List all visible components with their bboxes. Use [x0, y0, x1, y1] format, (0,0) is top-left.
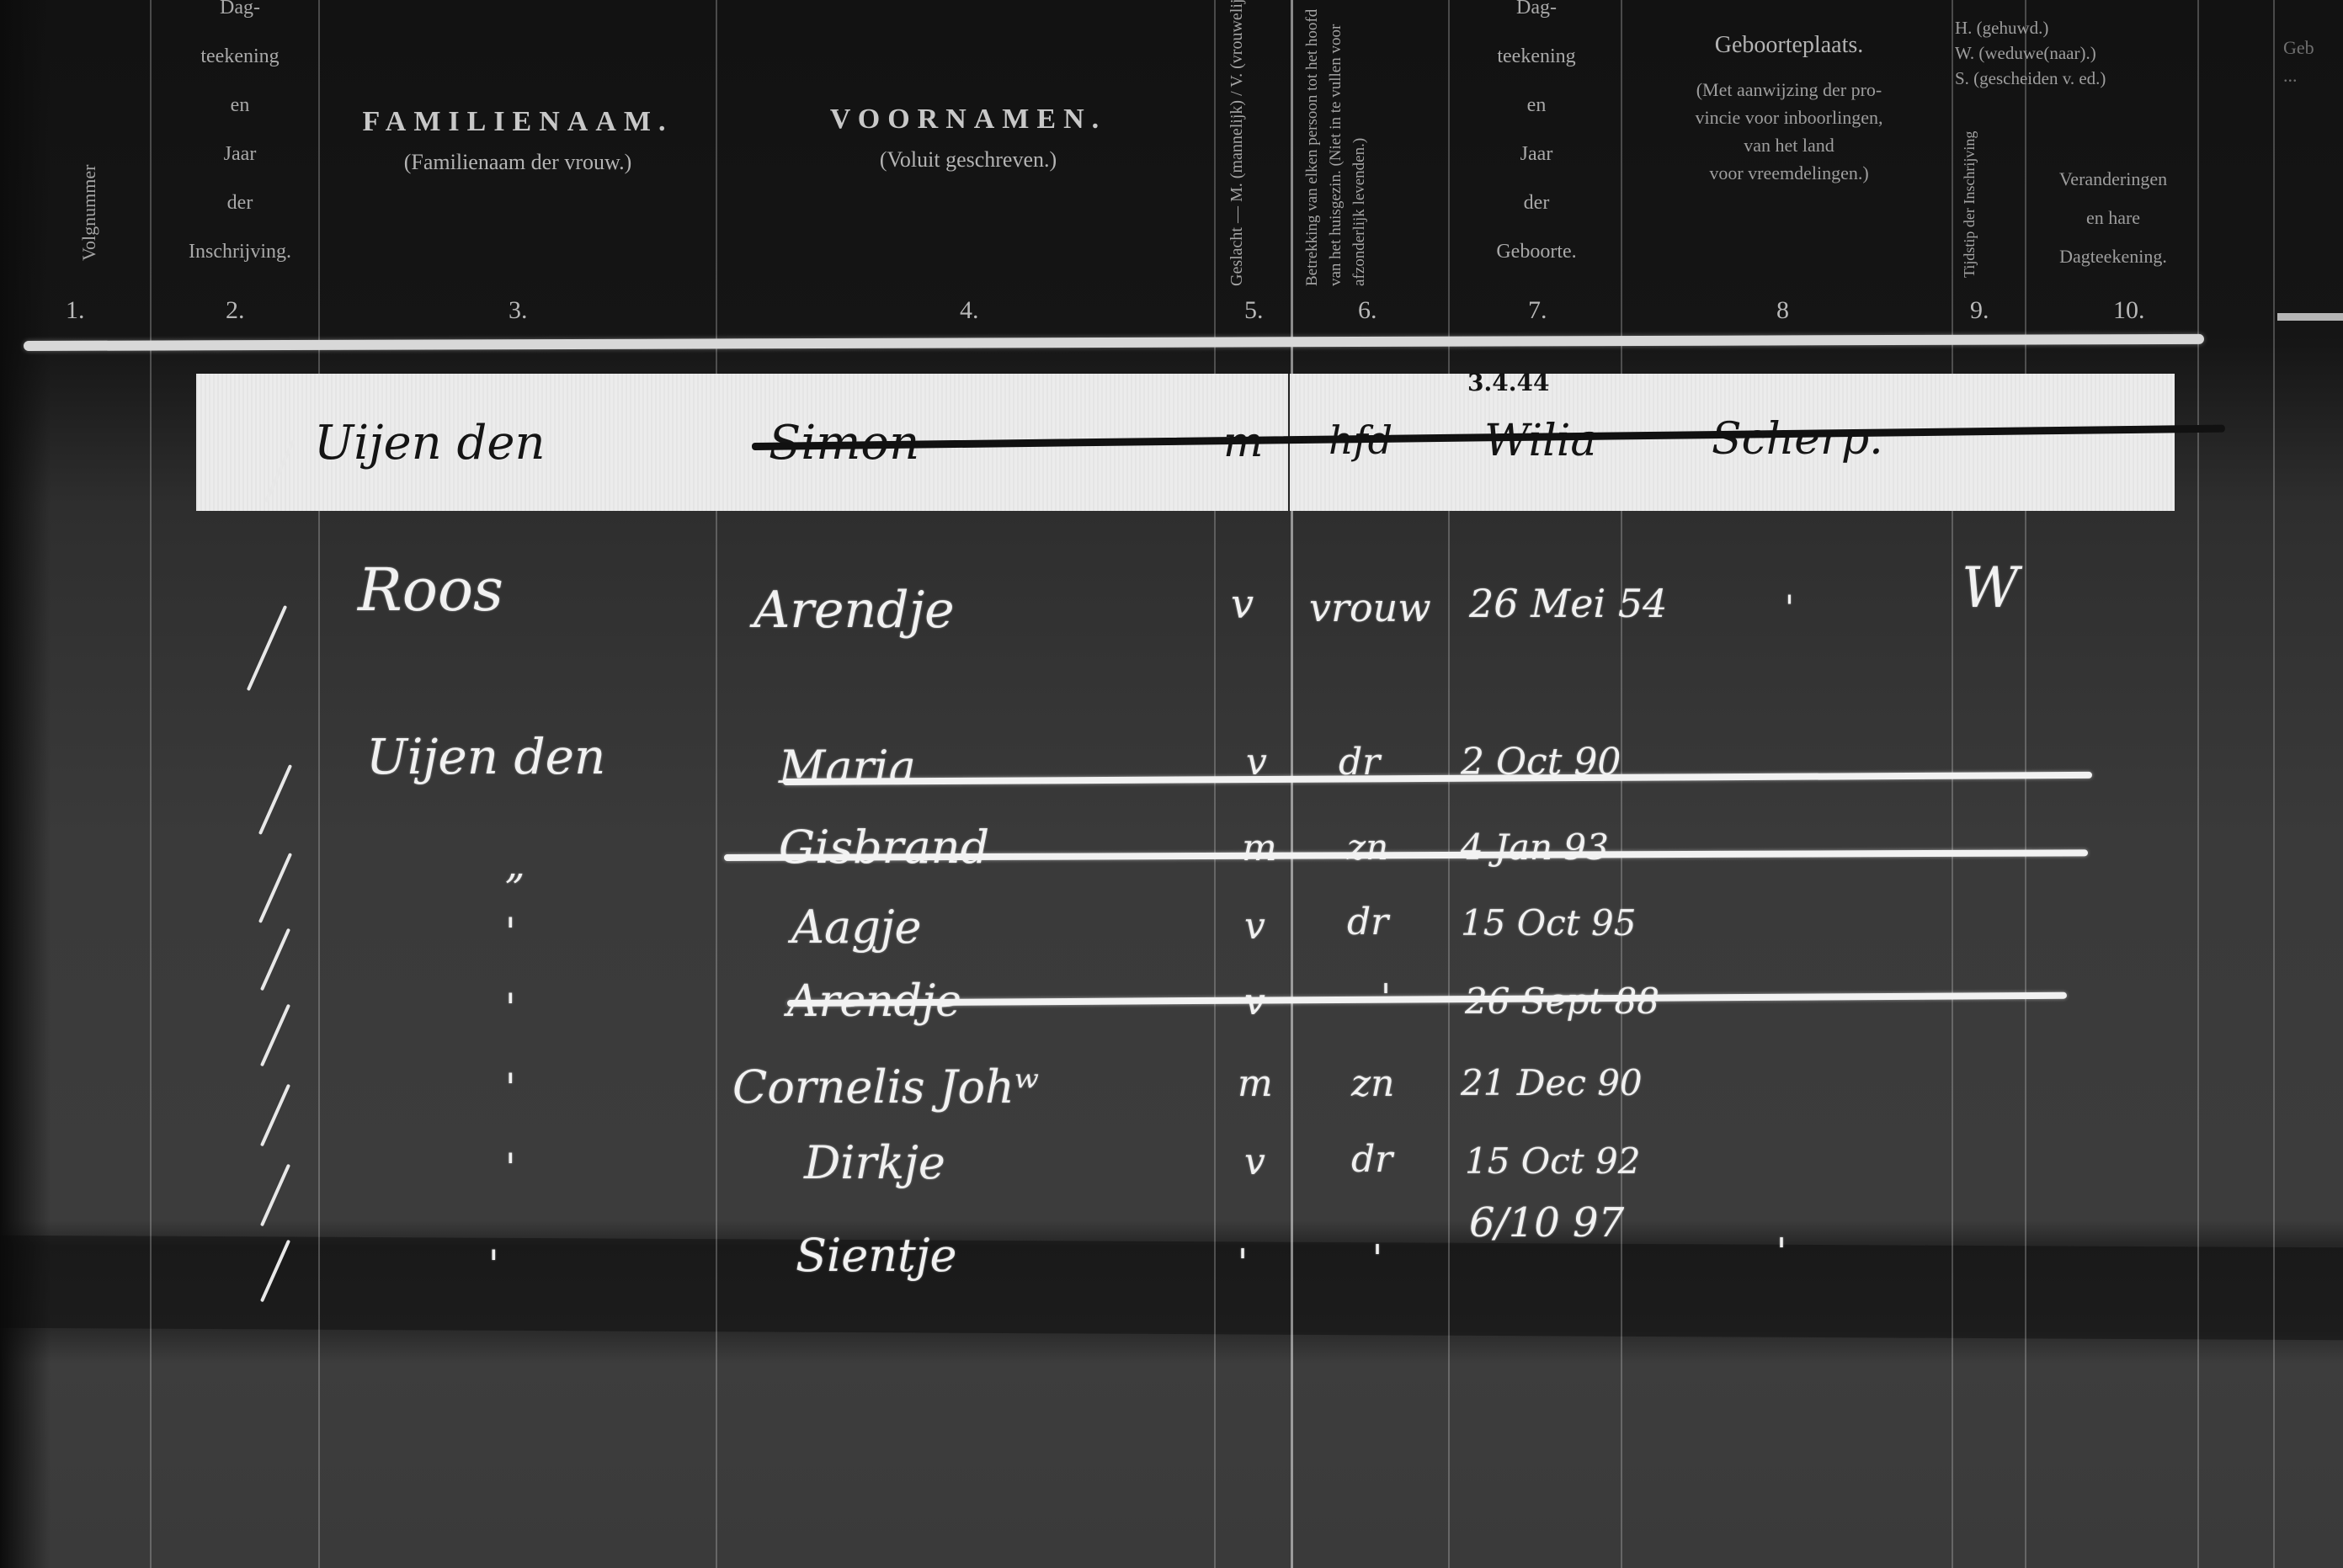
column-number-8: 8: [1776, 296, 1789, 325]
row1-betrekking: vrouw: [1309, 585, 1431, 630]
row8-voornamen: Sientje: [796, 1229, 956, 1282]
header-geslacht-label: Geslacht: [1227, 227, 1246, 286]
header-line: S. (gescheiden v. ed.): [1955, 66, 2207, 91]
row8-familienaam: ': [488, 1241, 499, 1287]
header-voornamen-subtitle: (Voluit geschreven.): [724, 149, 1212, 171]
row-tick-mark: [247, 605, 287, 691]
header-divider-line-right: [2277, 313, 2343, 321]
column-rule: [2025, 0, 2026, 1568]
header-line: Jaar: [1456, 130, 1616, 178]
header-col10: Veranderingen en hare Dagteekening.: [2029, 160, 2197, 276]
overlay-geboorteplaats: Scherp.: [1712, 414, 1883, 465]
header-col9-label: Tijdstip der Inschrijving: [1957, 143, 1981, 278]
header-line: der: [160, 178, 320, 227]
row4-familienaam: ': [505, 909, 516, 954]
header-col4: VOORNAMEN. (Voluit geschreven.): [724, 105, 1212, 171]
row-tick-mark: [260, 1084, 290, 1147]
column-rule: [1214, 0, 1216, 1568]
column-rule: [1952, 0, 1953, 1568]
column-number-1: 1.: [66, 296, 85, 325]
header-line: (Met aanwijzing der pro-: [1629, 76, 1949, 104]
header-col8: Geboorteplaats. (Met aanwijzing der pro-…: [1629, 34, 1949, 187]
row3-familienaam: „: [505, 842, 525, 887]
row6-familienaam: ': [505, 1065, 516, 1110]
column-rule: [2273, 0, 2275, 1568]
row5-strikethrough-line: [787, 992, 2067, 1007]
row-tick-mark: [258, 853, 292, 923]
row1-familienaam: Roos: [358, 555, 503, 625]
column-rule: [150, 0, 152, 1568]
header-line: van het land: [1629, 131, 1949, 159]
header-line: H. (gehuwd.): [1955, 15, 2207, 40]
row8-col8: ': [1776, 1230, 1787, 1273]
header-voornamen-title: VOORNAMEN.: [724, 105, 1212, 134]
row2-familienaam: Uijen den: [366, 728, 605, 785]
row1-geboorte: 26 Mei 54: [1469, 581, 1667, 626]
column-number-2: 2.: [226, 296, 245, 325]
row3-betrekking: zn: [1347, 827, 1388, 868]
header-line: en hare: [2029, 199, 2197, 237]
header-line: Dag-: [1456, 0, 1616, 32]
row6-geslacht: m: [1238, 1062, 1273, 1105]
header-line: Veranderingen: [2029, 160, 2197, 199]
row4-geboorte: 15 Oct 95: [1461, 902, 1636, 943]
header-familienaam-title: FAMILIENAAM.: [328, 108, 707, 136]
row7-voornamen: Dirkje: [804, 1136, 945, 1189]
row2-strikethrough-line: [783, 772, 2092, 785]
column-number-5: 5.: [1244, 296, 1264, 325]
fold-shadow-band: [0, 1236, 2343, 1341]
header-col3: FAMILIENAAM. (Familienaam der vrouw.): [328, 108, 707, 173]
header-line: Jaar: [160, 130, 320, 178]
column-rule: [1448, 0, 1450, 1568]
column-number-10: 10.: [2113, 296, 2145, 325]
column-number-3: 3.: [509, 296, 528, 325]
header-line: Geboorte.: [1456, 227, 1616, 276]
row7-familienaam: ': [505, 1145, 516, 1190]
row-tick-mark: [260, 1004, 290, 1067]
row6-geboorte: 21 Dec 90: [1461, 1062, 1643, 1103]
header-col5-label: Geslacht — M. (mannelijk) / V. (vrouweli…: [1225, 0, 1249, 286]
column-number-4: 4.: [960, 296, 979, 325]
overlay-entry-row: 3.4.44 Uijen den Simon m hfd Wilia Scher…: [196, 374, 2175, 511]
header-col11-partial: Geb ...: [2283, 34, 2342, 89]
overlay-familienaam: Uijen den: [314, 416, 546, 470]
header-line: en: [1456, 81, 1616, 130]
header-line: Dag-: [160, 0, 320, 32]
row1-geslacht: v: [1231, 581, 1254, 628]
header-col9-status: H. (gehuwd.) W. (weduwe(naar).) S. (gesc…: [1955, 15, 2207, 91]
header-line: vincie voor inboorlingen,: [1629, 104, 1949, 131]
row1-col10: W: [1962, 555, 2019, 620]
header-line: der: [1456, 178, 1616, 227]
row3-voornamen: Gisbrand: [779, 821, 989, 874]
row1-voornamen: Arendje: [753, 581, 955, 640]
row2-voornamen: Maria: [779, 741, 916, 794]
header-line: Inschrijving.: [160, 227, 320, 276]
row-tick-mark: [260, 1164, 290, 1227]
column-rule: [1621, 0, 1622, 1568]
header-geboorteplaats-title: Geboorteplaats.: [1629, 34, 1949, 57]
header-line: ...: [2283, 61, 2342, 89]
row6-betrekking: zn: [1351, 1062, 1395, 1105]
row4-voornamen: Aagje: [791, 901, 921, 954]
row3-geslacht: m: [1242, 827, 1277, 869]
row6-voornamen: Cornelis Johʷ: [732, 1060, 1039, 1114]
header-col1-label: Volgnummer: [77, 59, 101, 261]
column-number-7: 7.: [1528, 296, 1547, 325]
column-rule: [2197, 0, 2199, 1568]
header-familienaam-subtitle: (Familienaam der vrouw.): [328, 151, 707, 173]
film-edge-shadow: [0, 0, 51, 1568]
overlay-birth-date-above: 3.4.44: [1467, 369, 1549, 396]
column-number-9: 9.: [1970, 296, 1989, 325]
row8-geboorte: 6/10 97: [1469, 1199, 1624, 1246]
row8-betrekking: ': [1372, 1237, 1382, 1280]
column-rule: [716, 0, 717, 1568]
header-line: teekening: [160, 32, 320, 81]
header-line: en: [160, 81, 320, 130]
header-col2: Dag- teekening en Jaar der Inschrijving.: [160, 0, 320, 276]
register-page: Volgnummer Dag- teekening en Jaar der In…: [0, 0, 2343, 1568]
header-line: W. (weduwe(naar).): [1955, 40, 2207, 66]
row1-col8: ': [1785, 589, 1794, 628]
row8-geslacht: ': [1238, 1241, 1248, 1284]
row7-betrekking: dr: [1351, 1138, 1392, 1181]
header-line: teekening: [1456, 32, 1616, 81]
row-tick-mark: [260, 928, 290, 991]
row4-betrekking: dr: [1347, 901, 1388, 943]
row7-geslacht: v: [1244, 1140, 1265, 1183]
header-col6-label: Betrekking van elken persoon tot het hoo…: [1301, 0, 1444, 286]
column-rule: [1291, 0, 1293, 1568]
header-line: Dagteekening.: [2029, 237, 2197, 276]
header-line: Geb: [2283, 34, 2342, 61]
row4-geslacht: v: [1244, 905, 1265, 948]
header-col7: Dag- teekening en Jaar der Geboorte.: [1456, 0, 1616, 276]
header-divider-line: [24, 334, 2204, 351]
row5-familienaam: ': [505, 985, 516, 1030]
row7-geboorte: 15 Oct 92: [1465, 1140, 1640, 1182]
column-number-6: 6.: [1358, 296, 1377, 325]
row-tick-mark: [258, 764, 292, 835]
row3-geboorte: 4 Jan 93: [1461, 827, 1609, 868]
header-geboorteplaats-lines: (Met aanwijzing der pro- vincie voor inb…: [1629, 76, 1949, 187]
header-line: voor vreemdelingen.): [1629, 159, 1949, 187]
header-geslacht-options: M. (mannelijk) / V. (vrouwelijk): [1227, 0, 1246, 202]
